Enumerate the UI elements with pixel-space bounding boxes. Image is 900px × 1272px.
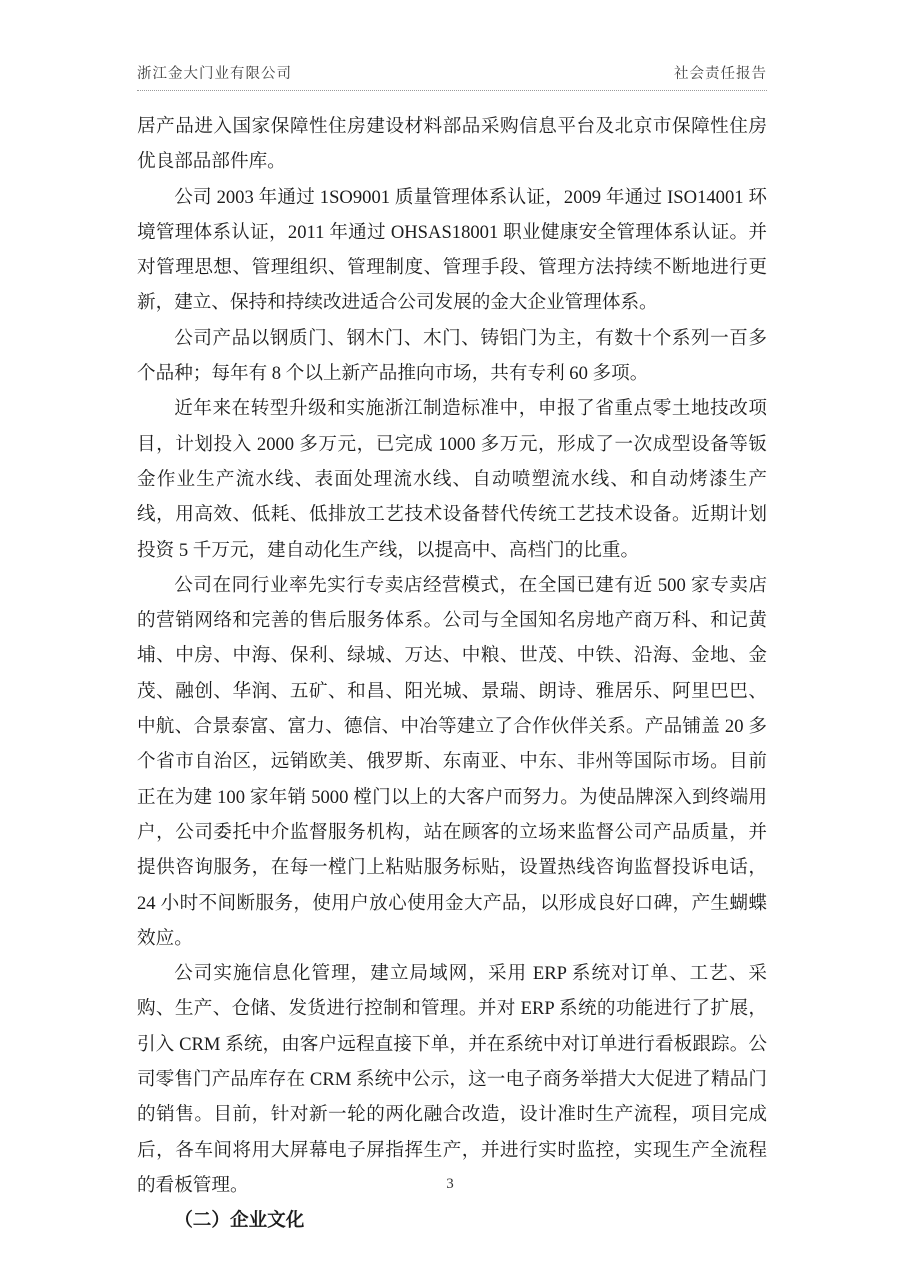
- paragraph-continuation: 居产品进入国家保障性住房建设材料部品采购信息平台及北京市保障性住房优良部品部件库…: [137, 109, 767, 180]
- page-header: 浙江金大门业有限公司 社会责任报告: [137, 62, 767, 91]
- paragraph-upgrade-investment: 近年来在转型升级和实施浙江制造标准中，申报了省重点零土地技改项目，计划投入 20…: [137, 391, 767, 567]
- document-page: 浙江金大门业有限公司 社会责任报告 居产品进入国家保障性住房建设材料部品采购信息…: [0, 0, 900, 1272]
- header-report-title: 社会责任报告: [674, 62, 767, 83]
- page-footer: 3: [0, 1176, 900, 1193]
- page-number: 3: [446, 1176, 454, 1192]
- header-company-name: 浙江金大门业有限公司: [137, 62, 292, 83]
- section-heading-corporate-culture: （二）企业文化: [137, 1203, 767, 1238]
- paragraph-sales-network: 公司在同行业率先实行专卖店经营模式，在全国已建有近 500 家专卖店的营销网络和…: [137, 568, 767, 956]
- paragraph-certifications: 公司 2003 年通过 1SO9001 质量管理体系认证，2009 年通过 IS…: [137, 180, 767, 321]
- paragraph-information-management: 公司实施信息化管理，建立局域网，采用 ERP 系统对订单、工艺、采购、生产、仓储…: [137, 956, 767, 1203]
- document-body: 居产品进入国家保障性住房建设材料部品采购信息平台及北京市保障性住房优良部品部件库…: [137, 109, 767, 1239]
- paragraph-products: 公司产品以钢质门、钢木门、木门、铸铝门为主，有数十个系列一百多个品种；每年有 8…: [137, 321, 767, 392]
